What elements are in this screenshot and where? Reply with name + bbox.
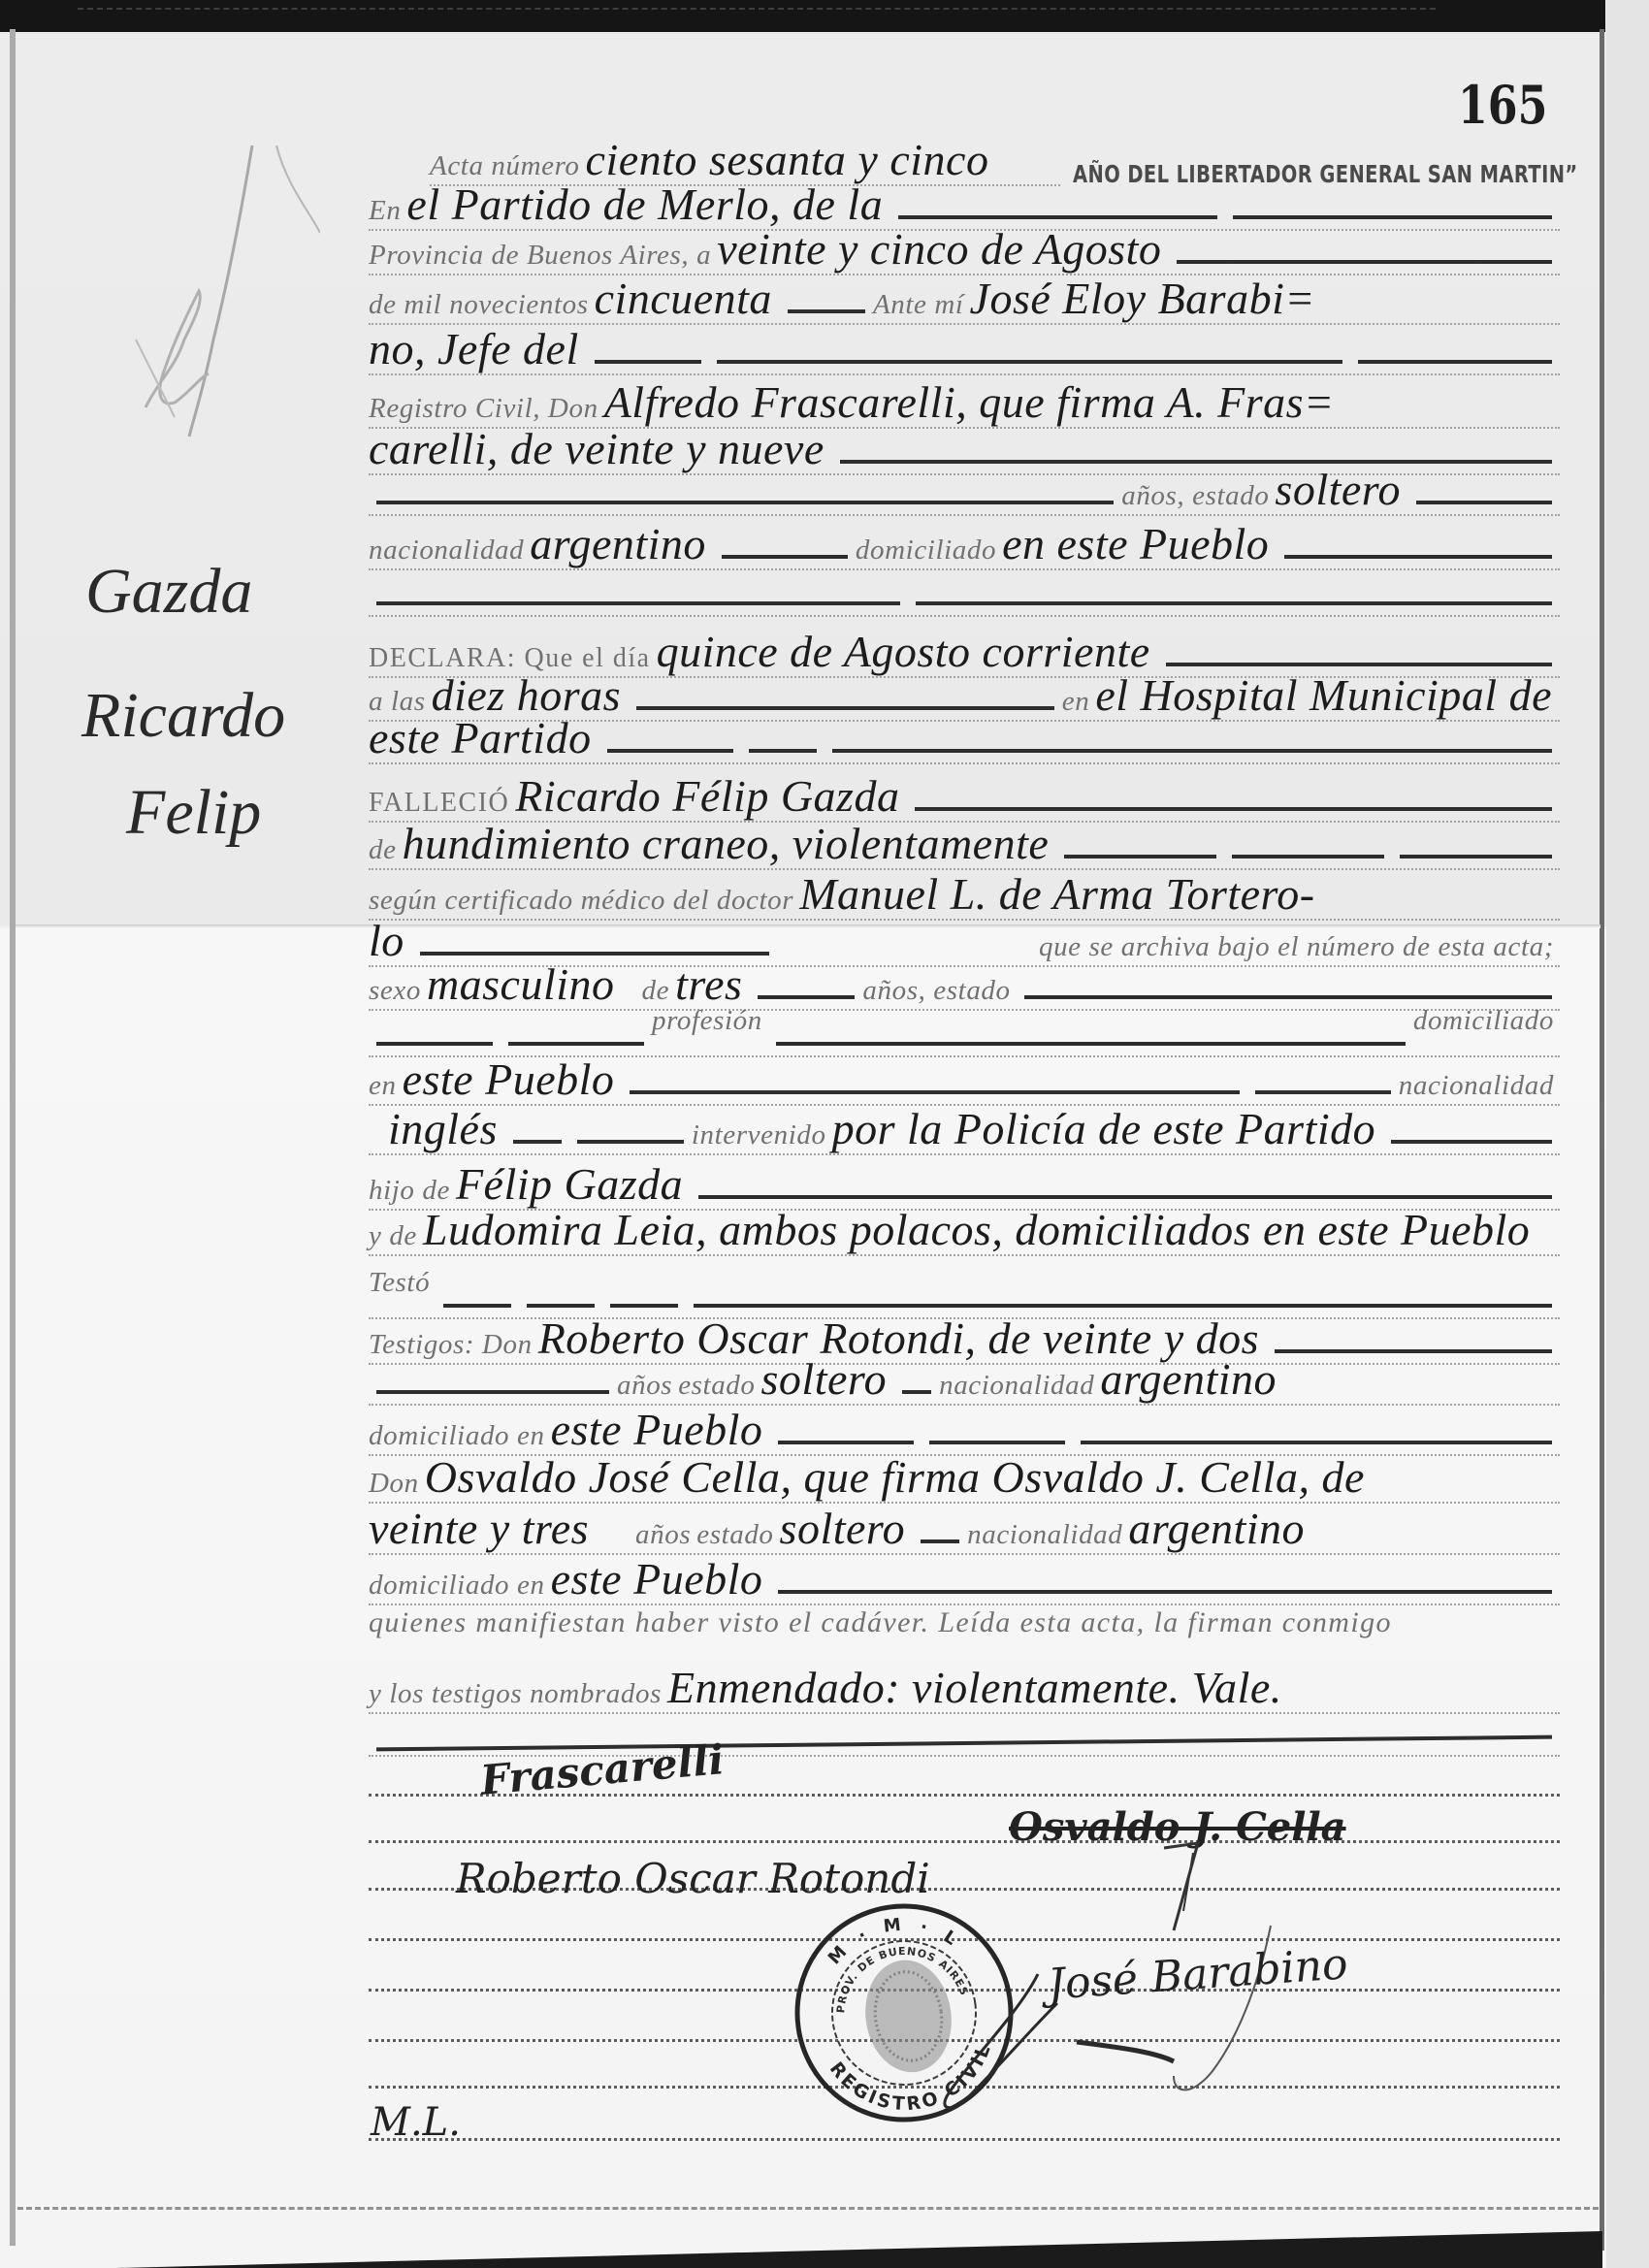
nationality-label: nacionalidad: [1399, 1070, 1554, 1102]
certificate-row: según certificado médico del doctor Manu…: [369, 868, 1560, 921]
witness-1-nationality: argentino: [1100, 1353, 1277, 1405]
sex-label: sexo: [369, 975, 421, 1007]
witness-1-age-label: años: [617, 1370, 672, 1402]
fill-line: [722, 555, 848, 559]
fill-line: [1177, 260, 1552, 264]
nationality-value: inglés: [388, 1103, 498, 1154]
margin-note-first-name: Ricardo: [81, 679, 285, 753]
officer-value-part2: no, Jefe del: [369, 323, 579, 374]
fill-line: [577, 1140, 684, 1144]
signature-line: [369, 1840, 1560, 1843]
sex-value: masculino: [427, 958, 615, 1010]
declarant-address-label: domiciliado: [856, 535, 996, 567]
declarant-label: Registro Civil, Don: [369, 393, 598, 425]
address-prefix: en: [369, 1070, 397, 1102]
certificate-label: según certificado médico del doctor: [369, 885, 793, 917]
mother-row: y de Ludomira Leia, ambos polacos, domic…: [369, 1204, 1560, 1256]
fill-line: [921, 1539, 959, 1543]
age-prefix: de: [642, 975, 670, 1007]
address-value: este Pueblo: [403, 1053, 615, 1105]
witness-1-address-label: domiciliado en: [369, 1420, 545, 1452]
fill-line: [610, 1304, 678, 1308]
witness-1-details-row: años estado soltero nacionalidad argenti…: [369, 1353, 1560, 1406]
fill-line: [1358, 360, 1552, 364]
fill-line: [929, 1441, 1065, 1444]
witness-2-status: soltero: [780, 1503, 906, 1554]
witness-2-details-row: veinte y tres años estado soltero nacion…: [369, 1503, 1560, 1555]
address-row: en este Pueblo nacionalidad: [369, 1053, 1560, 1106]
witness-2-status-label: estado: [696, 1519, 773, 1551]
witness-2-age: veinte y tres: [369, 1503, 589, 1554]
fill-line: [527, 1304, 595, 1308]
scan-bottom-edge: [0, 2221, 1602, 2268]
declarant-status-row: años, estado soltero: [369, 464, 1560, 516]
declarant-nationality-row: nacionalidad argentino domiciliado en es…: [369, 518, 1560, 570]
fill-line: [1081, 1441, 1552, 1444]
date-value: veinte y cinco de Agosto: [717, 223, 1161, 275]
profession-row: profesión domiciliado: [369, 1005, 1560, 1057]
intervened-value: por la Policía de este Partido: [832, 1103, 1376, 1154]
father-label: hijo de: [369, 1175, 450, 1207]
margin-note-surname: Gazda: [85, 555, 252, 629]
witness-2-address: este Pueblo: [551, 1553, 763, 1604]
declarant-nationality-label: nacionalidad: [369, 535, 524, 567]
initials: M.L.: [371, 2100, 461, 2145]
fill-line: [607, 749, 733, 753]
mother-name: Ludomira Leia, ambos polacos, domiciliad…: [423, 1204, 1530, 1255]
fill-line: [1255, 1090, 1391, 1094]
closing-statement-row: quienes manifiestan haber visto el cadáv…: [369, 1606, 1560, 1657]
witness-2-age-label: años: [635, 1519, 691, 1551]
fill-line: [513, 1140, 562, 1144]
declarant-age-label: años, estado: [1121, 480, 1269, 512]
declarant-address: en este Pueblo: [1002, 518, 1269, 569]
witness-2-name-row: Don Osvaldo José Cella, que firma Osvald…: [369, 1451, 1560, 1504]
death-certificate-page: Gazda Ricardo Felip 165 AÑO DEL LIBERTAD…: [0, 0, 1649, 2268]
fill-line: [376, 1042, 493, 1046]
declarant-row: Registro Civil, Don Alfredo Frascarelli,…: [369, 376, 1560, 429]
witness-1-address: este Pueblo: [551, 1404, 763, 1455]
officer-label: Ante mí: [873, 289, 964, 321]
fill-line: [1024, 995, 1552, 999]
cause-label: de: [369, 834, 397, 866]
fill-line: [758, 995, 855, 999]
fill-line: [902, 1390, 931, 1394]
pencil-scribble-icon: [107, 146, 320, 466]
profession-label: profesión: [652, 1005, 762, 1037]
fill-line: [1166, 663, 1552, 666]
scan-right-margin: [1606, 0, 1649, 2268]
fill-line: [636, 706, 1054, 710]
fill-line: [1232, 855, 1384, 859]
fill-line: [376, 501, 1114, 504]
witness-1-status: soltero: [761, 1353, 888, 1405]
fill-line: [1064, 855, 1216, 859]
fill-line: [1400, 855, 1552, 859]
deceased-name: Ricardo Félip Gazda: [515, 770, 899, 822]
death-place-part2: este Partido: [369, 712, 592, 763]
fill-line: [717, 360, 1342, 364]
page-number: 165: [1458, 74, 1547, 136]
fill-line: [788, 309, 865, 313]
witness-2-nationality: argentino: [1128, 1503, 1305, 1554]
fill-line: [1391, 1140, 1552, 1144]
testament-label: Testó: [369, 1267, 430, 1299]
witness-2-address-label: domiciliado en: [369, 1570, 545, 1602]
blank-row: [369, 565, 1560, 617]
intervened-label: intervenido: [692, 1119, 826, 1151]
father-name: Félip Gazda: [456, 1158, 683, 1210]
witness-2-label: Don: [369, 1468, 419, 1500]
date-row: Provincia de Buenos Aires, a veinte y ci…: [369, 223, 1560, 275]
officer-continued-row: no, Jefe del: [369, 323, 1560, 375]
fill-line: [376, 1735, 1552, 1752]
witness-1-address-row: domiciliado en este Pueblo: [369, 1404, 1560, 1456]
fill-line: [376, 1390, 609, 1394]
deceased-name-row: FALLECIÓ Ricardo Félip Gazda: [369, 770, 1560, 823]
age-value: tres: [675, 958, 742, 1010]
fill-line: [1284, 555, 1552, 559]
signature-witness-1: Roberto Oscar Rotondi: [456, 1855, 930, 1902]
fill-line: [1416, 501, 1552, 504]
witness-2-nationality-label: nacionalidad: [967, 1519, 1122, 1551]
fill-line: [1233, 215, 1552, 219]
declarant-nationality: argentino: [530, 518, 706, 569]
fill-line: [595, 360, 701, 364]
sex-age-row: sexo masculino de tres años, estado: [369, 958, 1560, 1011]
father-row: hijo de Félip Gazda: [369, 1158, 1560, 1211]
fill-line: [508, 1042, 644, 1046]
fill-line: [749, 749, 817, 753]
declarant-civil-status: soltero: [1275, 464, 1401, 515]
year-value: cincuenta: [595, 273, 772, 324]
fill-line: [916, 601, 1552, 605]
witness-2-address-row: domiciliado en este Pueblo: [369, 1553, 1560, 1605]
closing-statement: quienes manifiestan haber visto el cadáv…: [369, 1606, 1392, 1639]
margin-note-middle-name: Felip: [126, 776, 261, 850]
fill-line: [832, 749, 1552, 753]
address-label: domiciliado: [1413, 1005, 1554, 1037]
mother-label: y de: [369, 1220, 417, 1252]
age-label: años, estado: [862, 975, 1010, 1007]
fill-line: [376, 601, 900, 605]
year-officer-row: de mil novecientos cincuenta Ante mí Jos…: [369, 273, 1560, 325]
fill-line: [630, 1090, 1239, 1094]
year-label: de mil novecientos: [369, 289, 589, 321]
declarant-value-part1: Alfredo Frascarelli, que firma A. Fras=: [604, 376, 1335, 428]
page-right-edge: [1600, 29, 1604, 2251]
fill-line: [698, 1195, 1552, 1199]
date-label: Provincia de Buenos Aires, a: [369, 240, 711, 272]
witness-2-name: Osvaldo José Cella, que firma Osvaldo J.…: [425, 1451, 1365, 1503]
witness-1-nationality-label: nacionalidad: [939, 1370, 1094, 1402]
page-left-edge: [10, 29, 16, 2246]
closing-line-row: [369, 1704, 1560, 1757]
nationality-row: inglés intervenido por la Policía de est…: [369, 1103, 1560, 1155]
doctor-name-part1: Manuel L. de Arma Tortero-: [799, 868, 1314, 920]
cause-value: hundimiento craneo, violentamente: [403, 818, 1050, 869]
fill-line: [915, 807, 1552, 811]
deceased-label: FALLECIÓ: [369, 788, 509, 819]
torn-edge-line: [17, 2207, 1599, 2210]
fill-line: [443, 1304, 511, 1308]
fill-line: [420, 952, 769, 956]
officer-value-part1: José Eloy Barabi=: [970, 273, 1315, 324]
declaration-place-row: este Partido: [369, 712, 1560, 764]
fill-line: [776, 1042, 1406, 1046]
scan-top-edge: [0, 0, 1605, 32]
testament-row: Testó: [369, 1267, 1560, 1319]
fill-line: [898, 215, 1217, 219]
fill-line: [694, 1304, 1552, 1308]
cause-row: de hundimiento craneo, violentamente: [369, 818, 1560, 870]
fill-line: [778, 1441, 914, 1444]
witness-1-status-label: estado: [678, 1370, 755, 1402]
fill-line: [778, 1590, 1552, 1594]
